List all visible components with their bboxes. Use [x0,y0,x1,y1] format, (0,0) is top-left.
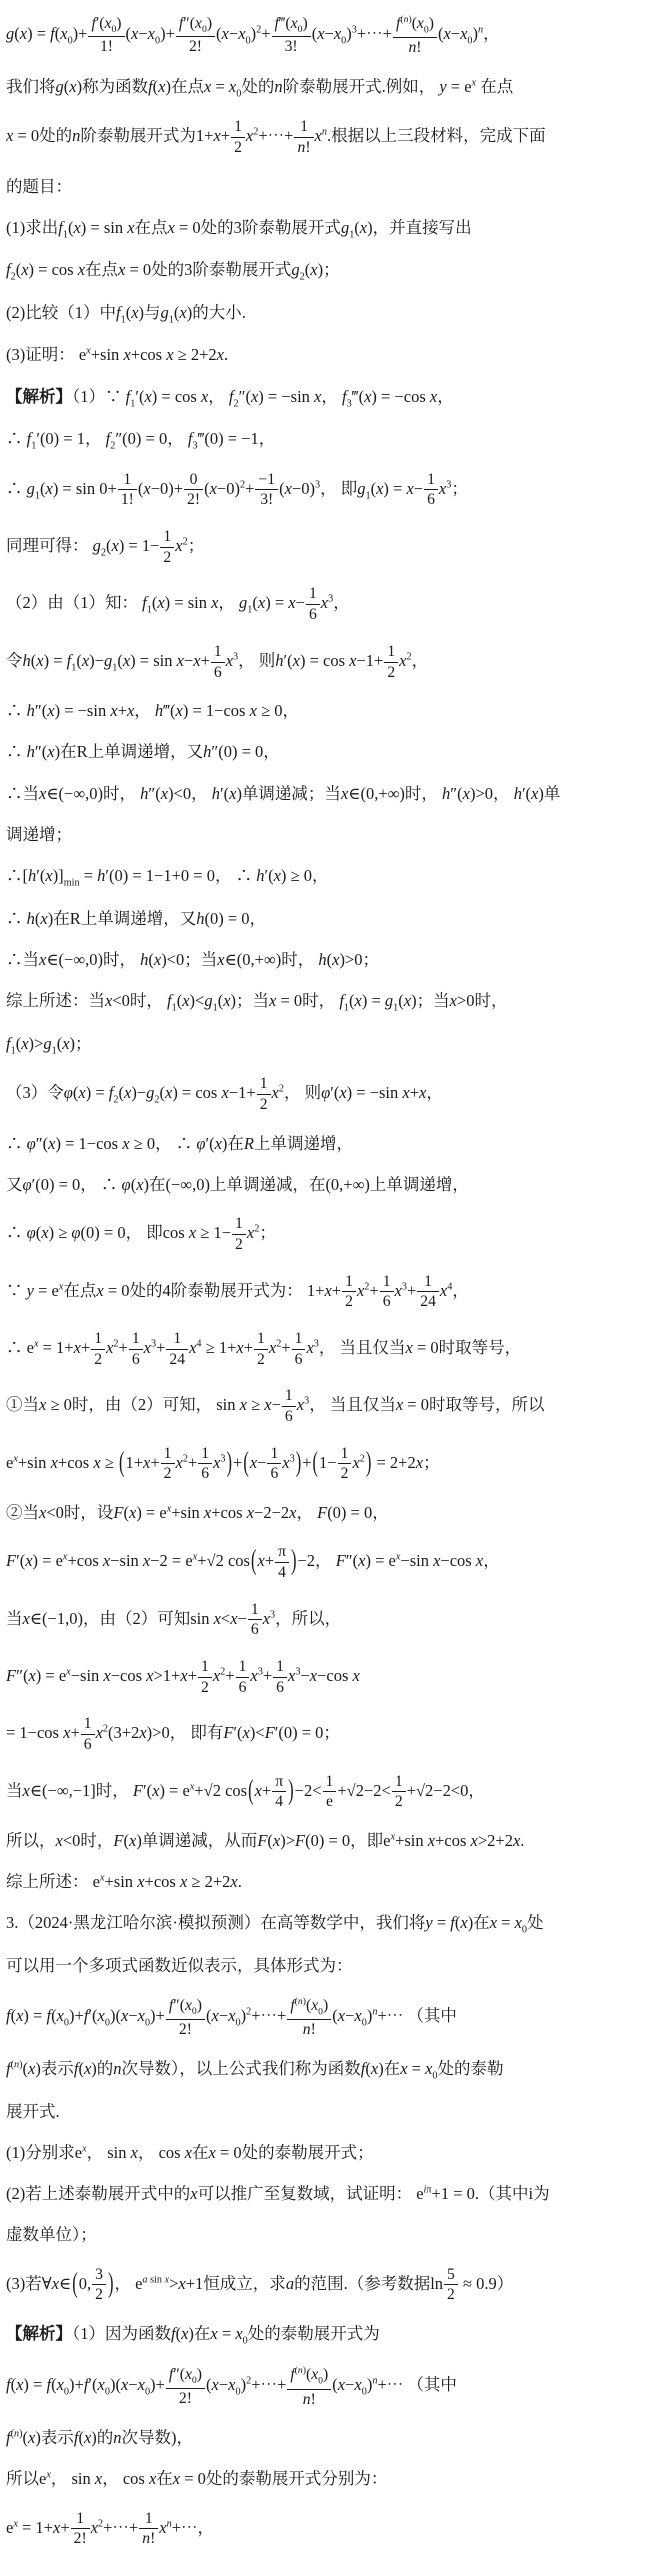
math-variable: x [28,1666,35,1685]
doc-line: 综上所述：当x<0时， f1(x)<g1(x)；当x = 0时， f1(x) =… [6,990,646,1014]
math-variable: x [211,593,218,612]
math-variable: x [263,1609,270,1628]
math-variable: x [274,866,281,885]
subscript: 0 [68,35,73,46]
math-variable: f [361,2059,366,2078]
math-variable: a [142,2274,147,2285]
math-variable: x [123,345,130,364]
math-variable: x [21,260,28,279]
superscript: 3 [233,651,238,662]
math-variable: f [275,15,279,32]
math-variable: x [28,2059,35,2078]
math-variable: f [179,15,183,32]
math-variable: x [63,1552,68,1563]
doc-line: ∴ ex = 1+x+12x2+16x3+124x4 ≥ 1+x+12x2+16… [6,1330,646,1368]
math-variable: x [51,1453,58,1472]
math-variable: h [196,909,204,928]
math-variable: x [182,991,189,1010]
fraction: 12! [71,2510,90,2548]
math-variable: x [63,1723,70,1742]
math-variable: x [353,1666,360,1685]
math-variable: x [193,1552,198,1563]
superscript: iπ [424,2185,432,2196]
math-variable: x [13,2518,18,2529]
math-variable: g [6,24,14,43]
math-variable: x [47,701,54,720]
math-variable: h [212,784,220,803]
math-variable: x [190,2184,197,2203]
bold-text: 【解析】 [6,387,72,406]
math-variable: x [176,1453,183,1472]
superscript: 2 [240,479,245,490]
math-variable: x [324,1281,331,1300]
math-variable: x [78,1083,85,1102]
subscript: 1 [71,662,76,673]
fraction: π4 [275,1543,289,1581]
math-variable: x [321,593,328,612]
math-variable: h [23,651,31,670]
doc-line: （2）由（1）知： f1(x) = sin x， g1(x) = x−16x3， [6,585,646,623]
math-variable: g [43,1034,51,1053]
doc-line: ∴ f1′(0) = 1， f2″(0) = 0， f3‴(0) = −1， [6,428,646,452]
fraction: 16 [282,1387,296,1425]
math-variable: x [272,1083,279,1102]
math-variable: x [20,24,27,43]
math-variable: f [6,2006,11,2025]
superscript: 2 [220,1666,225,1677]
doc-line: 虚数单位）； [6,2224,646,2246]
subscript: 2 [11,272,16,283]
fraction: 12 [91,1330,105,1368]
math-variable: x [28,2428,35,2447]
math-variable: x [53,2518,60,2537]
doc-line: 【解析】（1）∵ f1′(x) = cos x， f2″(x) = −sin x… [6,386,646,410]
math-variable: y [425,1913,432,1932]
math-variable: x [293,651,300,670]
math-variable: a [286,2274,294,2293]
doc-line: f(n)(x)表示f(x)的n次导数)， [6,2427,646,2449]
math-variable: F [6,1551,16,1570]
math-variable: h [140,950,148,969]
math-variable: φ [64,1083,73,1102]
math-variable: x [355,991,362,1010]
subscript: 3 [347,398,352,409]
math-variable: x [57,2376,64,2395]
subscript: 0 [362,2387,367,2398]
doc-line: f(n)(x)表示f(x)的n次导数），以上公式我们称为函数f(x)在x = x… [6,2058,646,2082]
big-paren: ) [291,1543,297,1580]
math-variable: x [185,2143,192,2162]
doc-line: (3)若∀x∈(0,32)， ea sin x>x+1恒成立，求a的范围.（参考… [6,2266,646,2304]
superscript: 2 [246,2007,251,2018]
subscript: 0 [105,2387,110,2398]
math-variable: h [256,866,264,885]
fraction: 12 [161,1445,175,1483]
math-variable: x [177,651,184,670]
superscript: (n) [11,2429,23,2440]
math-variable: x [131,303,138,322]
subscript: 2 [113,1095,118,1106]
math-variable: x [288,593,295,612]
big-paren: ( [251,1543,257,1580]
math-variable: x [354,2006,361,2025]
subscript: 0 [111,24,116,35]
math-variable: x [264,1395,271,1414]
math-variable: x [257,1551,264,1570]
math-variable: x [226,651,233,670]
subscript: 1 [130,398,135,409]
math-variable: n [408,39,416,56]
subscript: min [64,878,80,889]
superscript: 2 [183,537,188,548]
doc-line: ∴ h″(x) = −sin x+x， h‴(x) = 1−cos x ≥ 0， [6,700,646,722]
subscript: 1 [213,1003,218,1014]
math-variable: x [124,1083,131,1102]
superscript: (n) [295,1996,306,2007]
math-variable: x [195,15,202,32]
math-variable: x [391,1831,396,1842]
math-variable: x [255,1781,262,1800]
math-variable: f [84,2376,89,2395]
superscript: x [59,1281,64,1292]
superscript: (n) [295,2365,306,2376]
math-variable: x [122,1134,129,1153]
subscript: 2 [110,441,115,452]
superscript: n [478,25,483,36]
math-variable: x [36,651,43,670]
math-variable: x [118,260,125,279]
math-variable: x [84,2059,91,2078]
fraction: −13! [255,471,278,509]
fraction: 11! [118,471,137,509]
superscript: 2 [364,1281,369,1292]
math-variable: x [430,387,437,406]
math-variable: x [52,2274,59,2293]
fraction: f″(x0)2! [176,15,215,57]
big-paren: ) [108,2266,114,2303]
math-variable: g [27,479,35,498]
math-variable: g [93,536,101,555]
document-page: g(x) = f(x0)+f′(x0)1!(x−x0)+f″(x0)2!(x−x… [0,0,652,2575]
math-variable: x [103,1666,110,1685]
superscript: 4 [196,1338,201,1349]
math-variable: F [317,1503,327,1522]
superscript: x [34,1338,39,1349]
superscript: 3 [402,1281,407,1292]
math-variable: h [28,866,36,885]
doc-line: ∴ φ″(x) = 1−cos x ≥ 0， ∴ φ′(x)在R上单调递增， [6,1133,646,1155]
math-variable: x [173,2469,180,2488]
doc-line: ∴ φ(x) ≥ φ(0) = 0， 即cos x ≥ 1−12x2； [6,1215,646,1253]
math-variable: g [385,991,393,1010]
fraction: 52 [444,2266,458,2304]
doc-line: 【解析】（1）因为函数f(x)在x = x0处的泰勒展开式为 [6,2323,646,2347]
fraction: 16 [211,643,225,681]
superscript: x [82,2143,87,2154]
math-variable: x [217,345,224,364]
math-variable: n [322,127,327,138]
superscript: x [63,1552,68,1563]
math-variable: x [39,1503,46,1522]
fraction: 32 [92,2266,106,2304]
math-variable: x [341,784,348,803]
math-variable: n [303,2021,311,2038]
subscript: 0 [64,2387,69,2398]
math-variable: x [193,651,200,670]
doc-line: 3.（2024·黑龙江哈尔滨·模拟预测）在高等数学中，我们将y = f(x)在x… [6,1912,646,1936]
superscript: 3 [446,479,451,490]
superscript: 3 [315,479,320,490]
big-paren: ( [72,2266,78,2303]
math-variable: x [360,218,367,237]
math-variable: x [166,345,173,364]
math-variable: x [161,784,168,803]
math-variable: f [169,1997,173,2014]
math-variable: x [129,1831,136,1850]
math-variable: x [146,1666,153,1685]
math-variable: x [490,1913,497,1932]
superscript: 3 [304,1396,309,1407]
doc-line: ex+sin x+cos x ≥ (1+x+12x2+16x3)+(x−16x3… [6,1445,646,1483]
math-variable: x [282,1453,289,1472]
math-variable: x [98,2006,105,2025]
math-variable: g [161,303,169,322]
big-paren: ( [248,1773,254,1810]
fraction: f(n)(x0)n! [287,1996,331,2039]
math-variable: x [289,1503,296,1522]
doc-line: 可以用一个多项式函数近似表示，具体形式为： [6,1955,646,1977]
math-variable: x [376,479,383,498]
subscript: 0 [362,2018,367,2029]
math-variable: x [121,2376,128,2395]
math-variable: F [6,1666,16,1685]
math-variable: n [14,2429,19,2440]
math-variable: x [127,701,134,720]
big-paren: ) [227,1445,233,1482]
math-variable: x [236,1338,243,1357]
superscript: (n) [11,2060,23,2071]
math-variable: x [74,1338,81,1357]
math-variable: g [104,651,112,670]
math-variable: φ [27,1223,36,1242]
math-variable: x [144,1338,151,1357]
math-variable: x [100,1873,105,1884]
superscript: n [167,2518,172,2529]
subscript: 1 [52,1045,57,1056]
subscript: 1 [11,1045,16,1056]
math-variable: f [46,2376,51,2395]
math-variable: x [243,1723,250,1742]
math-variable: x [39,784,46,803]
math-variable: x [23,1609,30,1628]
math-variable: x [238,24,245,43]
math-variable: n [404,14,409,25]
doc-line: (2)比较（1）中f1(x)与g1(x)的大小. [6,302,646,326]
math-variable: x [165,1083,172,1102]
math-variable: x [472,77,477,88]
superscript: 3 [295,1666,300,1677]
math-variable: x [297,1395,304,1414]
math-variable: h [27,909,35,928]
math-variable: x [428,1831,435,1850]
math-variable: x [240,1395,247,1414]
fraction: f″(x0)2! [166,2366,205,2408]
math-variable: x [78,260,85,279]
math-variable: φ [71,1223,80,1242]
math-variable: x [317,24,324,43]
fraction: f(n)(x0)n! [393,14,437,57]
doc-line: ∴当x∈(−∞,0)时， h(x)<0；当x∈(0,+∞)时， h(x)>0； [6,949,646,971]
math-variable: x [45,866,52,885]
doc-line: x = 0处的n阶泰勒展开式为1+x+12x2+⋯+1n!xn.根据以上三段材料… [6,118,646,156]
fraction: 12 [160,528,174,566]
math-variable: x [181,2324,188,2343]
subscript: 0 [202,24,207,35]
fraction: 12 [384,643,398,681]
math-variable: x [176,701,183,720]
math-variable: g [291,260,299,279]
math-variable: x [404,991,411,1010]
math-variable: x [250,1666,257,1685]
subscript: 0 [243,2335,248,2346]
subscript: 0 [235,2018,240,2029]
subscript: 0 [192,2006,197,2017]
superscript: 3 [290,1453,295,1464]
math-variable: x [210,2324,217,2343]
math-variable: x [250,1453,257,1472]
math-variable: x [39,1395,46,1414]
math-variable: x [285,479,292,498]
fraction: 16 [424,471,438,509]
math-variable: x [175,536,182,555]
math-variable: x [471,1831,478,1850]
math-variable: F [113,1503,123,1522]
math-variable: R [244,1134,254,1153]
math-variable: x [358,1551,365,1570]
fraction: 16 [267,1445,281,1483]
superscript: x [46,2470,51,2481]
math-variable: x [16,2006,23,2025]
math-variable: x [129,1503,136,1522]
math-variable: x [21,1034,28,1053]
math-variable: h [203,742,211,761]
subscript: 1 [31,441,36,452]
math-variable: φ [196,1134,205,1153]
subscript: 1 [112,662,117,673]
math-variable: x [400,2059,407,2078]
superscript: (n) [400,14,411,25]
math-variable: x [217,950,224,969]
superscript: 2 [246,2376,251,2387]
superscript: n [372,2007,377,2018]
math-variable: f [91,15,95,32]
math-variable: x [443,24,450,43]
subscript: 1 [344,1003,349,1014]
math-variable: x [137,1872,144,1891]
doc-line: = 1−cos x+16x2(3+2x)>0， 即有F′(x)<F′(0) = … [6,1715,646,1753]
math-variable: x [339,1083,346,1102]
math-variable: x [23,1781,30,1800]
math-variable: x [230,1609,237,1628]
math-variable: x [221,1083,228,1102]
math-variable: x [25,1551,32,1570]
big-paren: ) [296,1445,302,1482]
bold-text: 【解析】 [6,2324,72,2343]
doc-line: （3）令φ(x) = f2(x)−g2(x) = cos x−1+12x2， 则… [6,1075,646,1113]
math-variable: x [399,651,406,670]
subscript: 1 [63,229,68,240]
math-variable: x [230,1872,237,1891]
math-variable: F [265,1723,275,1742]
math-variable: x [190,1781,195,1792]
math-variable: x [178,2274,185,2293]
subscript: 3 [192,441,197,452]
doc-line: 令h(x) = f1(x)−g1(x) = sin x−x+16x3， 则h′(… [6,643,646,681]
math-variable: x [212,2376,219,2395]
doc-line: (1)分别求ex， sin x， cos x在x = 0处的泰勒展开式； [6,2142,646,2164]
doc-line: (3)证明： ex+sin x+cos x ≥ 2+2x. [6,344,646,366]
subscript: 0 [145,2387,150,2398]
math-variable: F [336,1551,346,1570]
subscript: 0 [236,88,241,99]
fraction: 16 [292,1330,306,1368]
math-variable: x [105,991,112,1010]
superscript: 3 [314,1338,319,1349]
math-variable: F [113,1831,123,1850]
big-paren: ( [243,1445,249,1482]
math-variable: x [332,950,339,969]
subscript: 0 [235,2387,240,2398]
math-variable: n [372,2007,377,2018]
math-variable: n [167,2518,172,2529]
math-variable: F [223,1723,233,1742]
math-variable: x [143,479,150,498]
math-variable: x [476,1551,483,1570]
doc-line: 同理可得： g2(x) = 1−12x2； [6,528,646,566]
math-variable: x [56,1831,63,1850]
math-variable: x [463,784,470,803]
fraction: 1e [323,1773,337,1811]
math-variable: x [103,1551,110,1570]
superscript: x [193,1552,198,1563]
superscript: x [472,77,477,88]
math-variable: n [113,2428,121,2447]
math-variable: x [149,2469,156,2488]
subscript: 0 [318,2376,323,2387]
math-variable: n [298,1996,303,2007]
math-variable: x [214,1609,221,1628]
math-variable: x [165,2274,170,2285]
doc-line: ∴当x∈(−∞,0)时， h″(x)<0， h′(x)单调递减；当x∈(0,+∞… [6,783,646,805]
superscript: a sin x [142,2274,169,2285]
big-paren: ) [288,1773,294,1810]
fraction: 16 [236,1658,250,1696]
math-variable: x [57,2006,64,2025]
doc-line: f1(x)>g1(x)； [6,1033,646,1057]
superscript: x [190,1781,195,1792]
fraction: π4 [272,1773,286,1811]
math-variable: g [341,218,349,237]
doc-line: 综上所述： ex+sin x+cos x ≥ 2+2x. [6,1871,646,1893]
subscript: 0 [318,2007,323,2018]
subscript: 0 [246,35,251,46]
math-variable: x [315,126,322,145]
math-variable: x [179,303,186,322]
math-variable: x [48,1134,55,1153]
doc-line: 所以ex， sin x， cos x在x = 0处的泰勒展开式分别为： [6,2468,646,2490]
subscript: 1 [365,490,370,501]
doc-line: ∴ h(x)在R上单调递增，又h(0) = 0， [6,908,646,930]
